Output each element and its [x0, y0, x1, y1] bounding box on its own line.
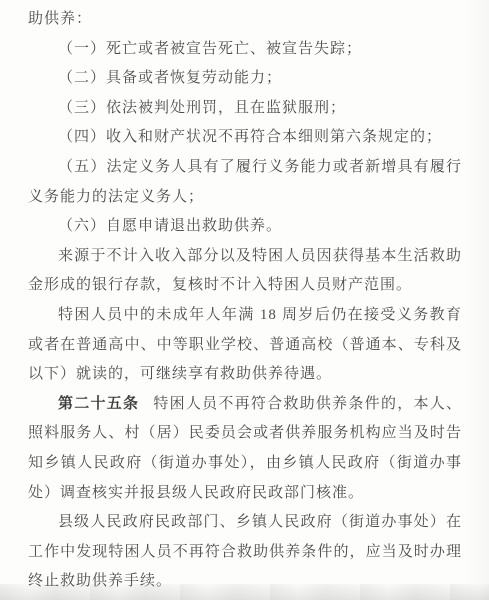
document-text-block: 助供养： （一）死亡或者被宣告死亡、被宣告失踪； （二）具备或者恢复劳动能力； …	[0, 0, 489, 597]
scanned-document-page: 助供养： （一）死亡或者被宣告死亡、被宣告失踪； （二）具备或者恢复劳动能力； …	[0, 0, 489, 600]
list-item-4: （四）收入和财产状况不再符合本细则第六条规定的；	[28, 123, 462, 153]
list-item-5: （五）法定义务人具有了履行义务能力或者新增具有履行义务能力的法定义务人；	[28, 153, 462, 212]
list-item-6: （六）自愿申请退出救助供养。	[28, 212, 462, 242]
closing-paragraph: 县级人民政府民政部门、乡镇人民政府（街道办事处）在工作中发现特困人员不再符合救助…	[28, 508, 462, 597]
list-item-3: （三）依法被判处刑罚，且在监狱服刑；	[28, 94, 462, 124]
article-25-paragraph: 第二十五条特困人员不再符合救助供养条件的，本人、照料服务人、村（居）民委员会或者…	[28, 390, 462, 508]
continuation-line: 助供养：	[28, 5, 462, 35]
paragraph-minor-education: 特困人员中的未成年人年满 18 周岁后仍在接受义务教育或者在普通高中、中等职业学…	[28, 301, 462, 390]
list-item-1: （一）死亡或者被宣告死亡、被宣告失踪；	[28, 35, 462, 65]
article-number: 第二十五条	[58, 396, 139, 412]
paragraph-bank-deposit: 来源于不计入收入部分以及特困人员因获得基本生活救助金形成的银行存款，复核时不计入…	[28, 242, 462, 301]
list-item-2: （二）具备或者恢复劳动能力；	[28, 64, 462, 94]
